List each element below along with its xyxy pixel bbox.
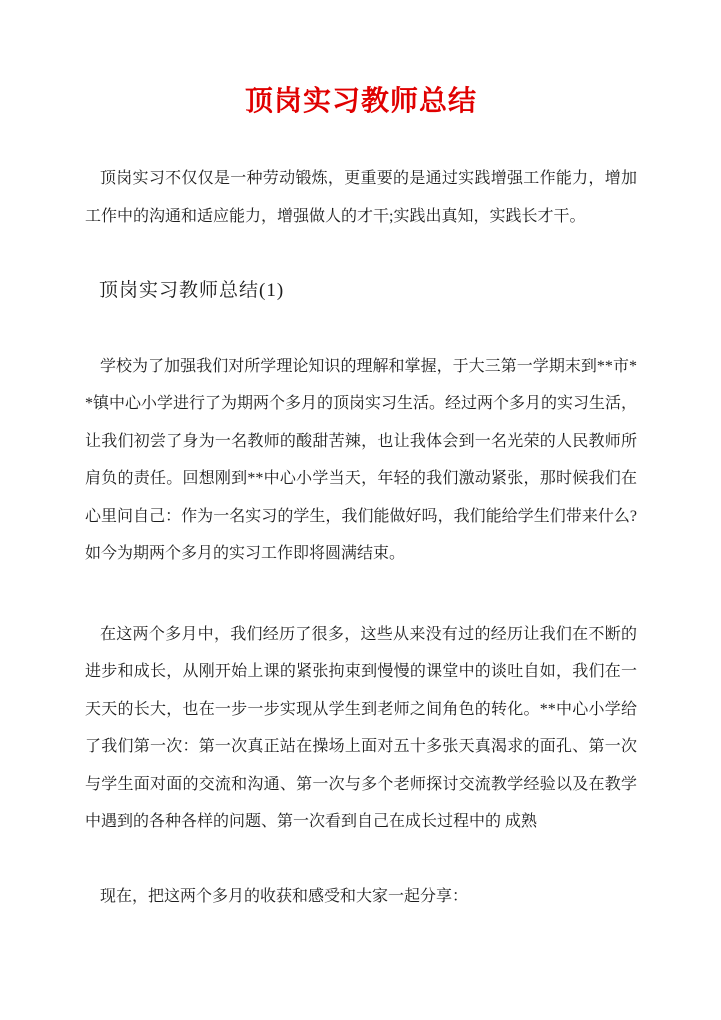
intro-paragraph: 顶岗实习不仅仅是一种劳动锻炼，更重要的是通过实践增强工作能力，增加工作中的沟通和…: [85, 160, 637, 235]
document-page: 顶岗实习教师总结 顶岗实习不仅仅是一种劳动锻炼，更重要的是通过实践增强工作能力，…: [0, 0, 721, 1020]
section-heading: 顶岗实习教师总结(1): [85, 272, 637, 310]
paragraph-closing: 现在，把这两个多月的收获和感受和大家一起分享：: [85, 878, 637, 916]
paragraph-growth-experience: 在这两个多月中，我们经历了很多，这些从来没有过的经历让我们在不断的进步和成长，从…: [85, 616, 637, 841]
paragraph-school-internship: 学校为了加强我们对所学理论知识的理解和掌握，于大三第一学期末到**市**镇中心小…: [85, 348, 637, 573]
document-title: 顶岗实习教师总结: [85, 84, 637, 120]
